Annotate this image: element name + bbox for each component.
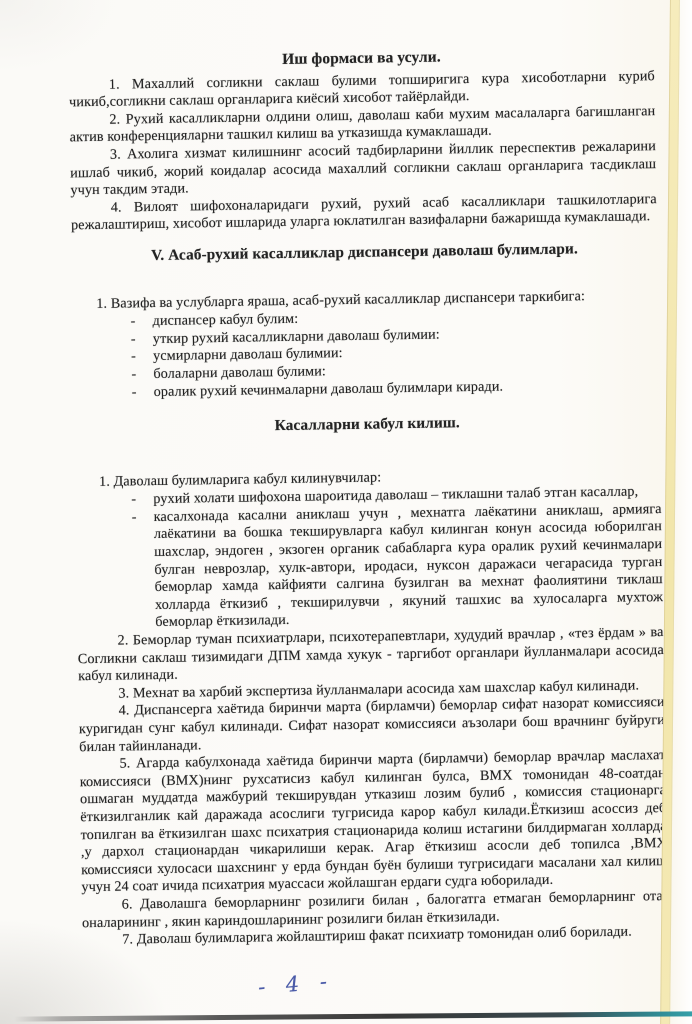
- page-number-handwritten: - 4 -: [257, 969, 335, 1000]
- page-title: Иш формаси ва усули.: [68, 45, 654, 72]
- list-item-text: касалхонада касални аниклаш учун , мехна…: [154, 501, 664, 632]
- scan-bottom-line: [14, 1011, 692, 1021]
- body-paragraph-4: 4. Диспансерга хаётида биринчи марта (би…: [79, 694, 666, 756]
- section-v-heading: V. Асаб-рухий касалликлар диспансери дав…: [71, 239, 657, 266]
- dash-bullet: -: [130, 313, 152, 331]
- body-paragraph-2: 2. Беморлар туман психиатрлари, психотер…: [77, 624, 664, 686]
- dash-bullet: -: [131, 331, 153, 349]
- document-page: Иш формаси ва усули. 1. Махаллий согликн…: [0, 0, 692, 1024]
- kabul-list-item: - касалхонада касални аниклаш учун , мех…: [76, 501, 664, 633]
- document-content: Иш формаси ва усули. 1. Махаллий согликн…: [0, 0, 692, 951]
- dash-bullet: -: [132, 384, 154, 402]
- dash-bullet: -: [131, 491, 153, 509]
- kabul-heading: Касалларни кабул килиш.: [74, 411, 660, 438]
- body-paragraph-5: 5. Агарда кабулхонада хаётида биринчи ма…: [79, 747, 667, 897]
- dash-bullet: -: [131, 348, 153, 366]
- section-v-list: - диспансер кабул булим: - уткир рухий к…: [72, 305, 659, 402]
- dash-bullet: -: [131, 366, 153, 384]
- kabul-list: - рухий холати шифохона шароитида давола…: [75, 483, 663, 633]
- intro-paragraph-3: 3. Ахолига хизмат килишнинг асосий тадби…: [70, 138, 657, 200]
- dash-bullet: -: [132, 509, 156, 632]
